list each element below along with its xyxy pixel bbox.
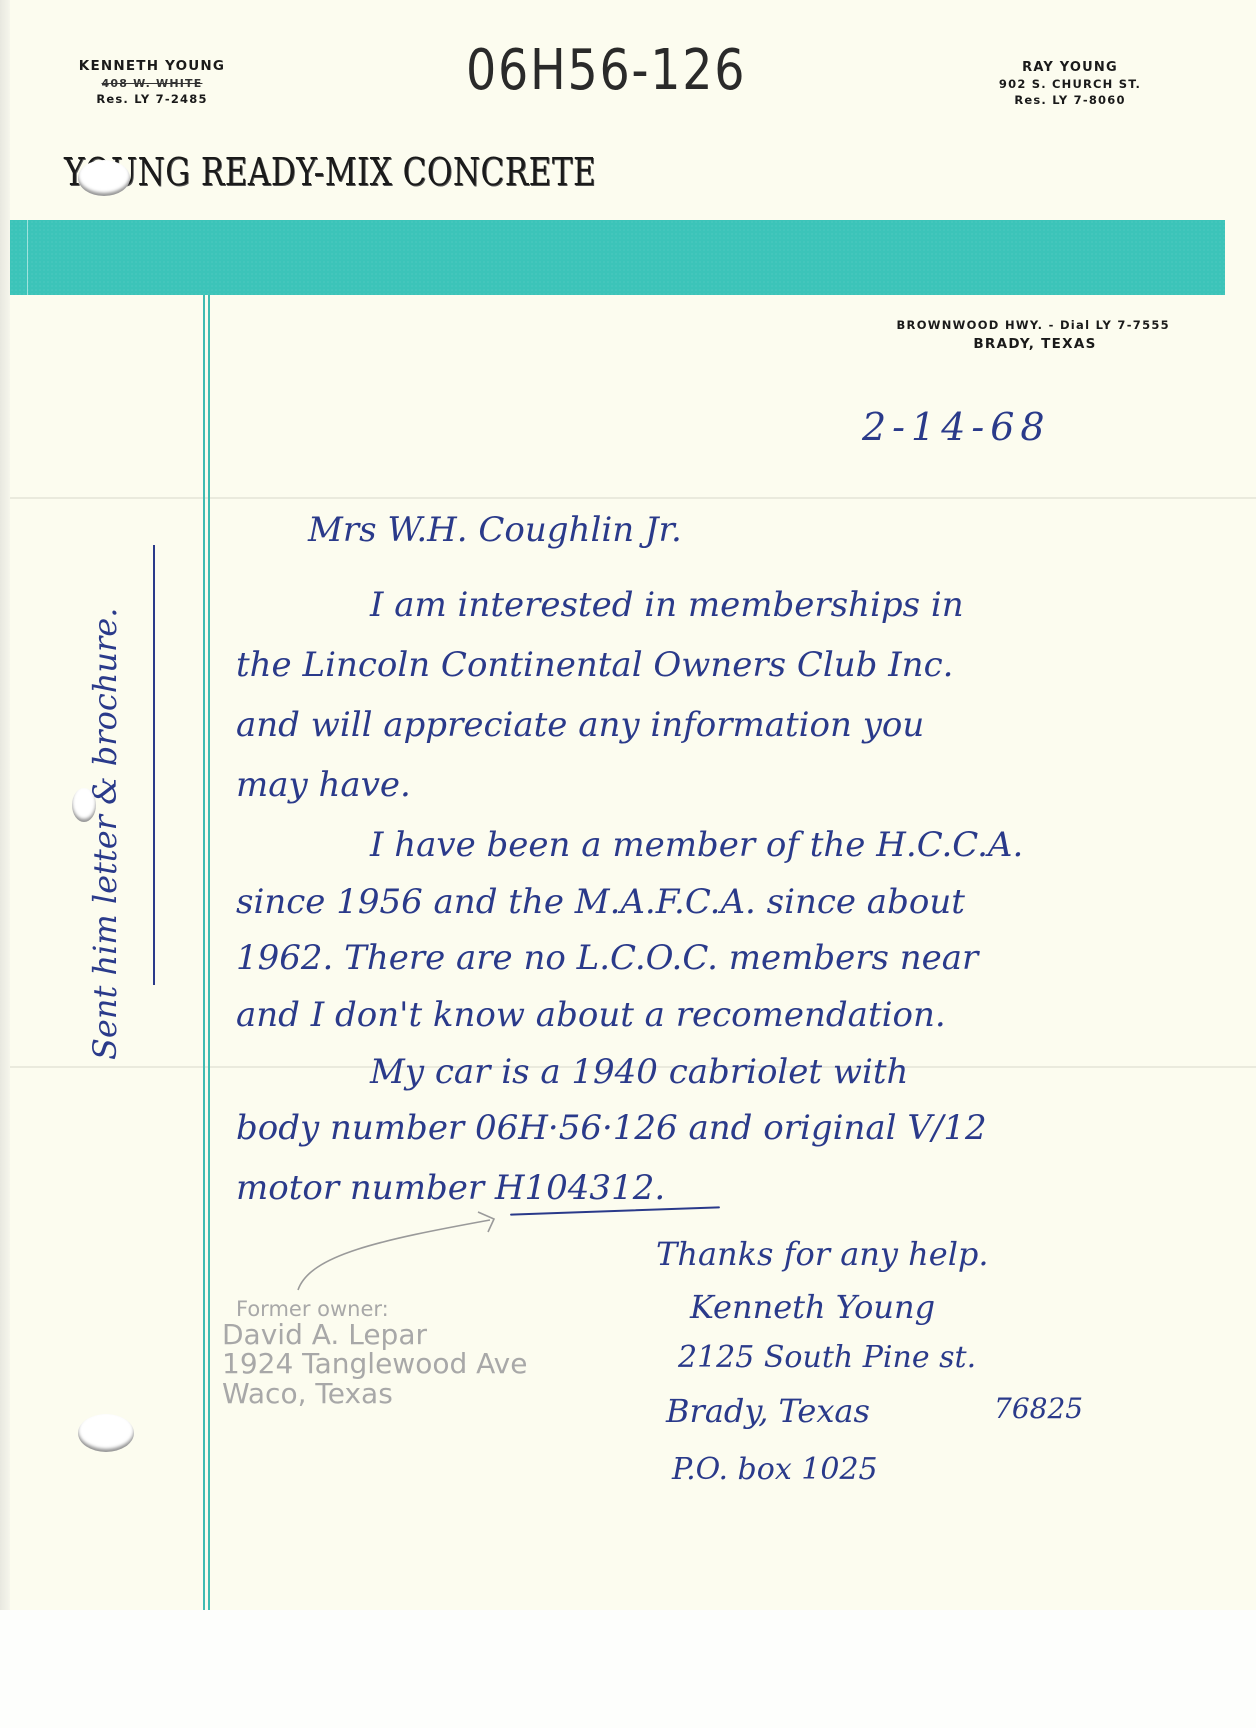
letter-line: body number 06H·56·126 and original V/12: [236, 1108, 987, 1148]
letter-closing: Thanks for any help.: [656, 1235, 989, 1273]
contact-phone: Res. LY 7-8060: [980, 93, 1160, 107]
teal-header-band: [10, 220, 1225, 295]
letter-line: I have been a member of the H.C.C.A.: [370, 825, 1023, 865]
former-owner-label: Former owner:: [222, 1298, 527, 1320]
letter-date: 2-14-68: [862, 405, 1051, 449]
margin-rule-line: [203, 295, 205, 1610]
contact-name: KENNETH YOUNG: [62, 58, 242, 74]
business-address: BROWNWOOD HWY. - Dial LY 7-7555 BRADY, T…: [840, 318, 1170, 352]
letter-line: may have.: [236, 765, 411, 805]
contact-name: RAY YOUNG: [980, 60, 1160, 75]
contact-address: 902 S. CHURCH ST.: [980, 77, 1160, 91]
scan-background: [0, 1610, 1256, 1728]
business-city: BRADY, TEXAS: [840, 336, 1170, 352]
side-note-annotation: Sent him letter & brochure.: [86, 608, 124, 1060]
letter-line: since 1956 and the M.A.F.C.A. since abou…: [236, 882, 965, 922]
letter-line: 1962. There are no L.C.O.C. members near: [236, 938, 978, 978]
punch-hole: [78, 1414, 134, 1452]
return-city: Brady, Texas: [666, 1392, 870, 1430]
letter-line: My car is a 1940 cabriolet with: [370, 1052, 908, 1092]
letter-line: and will appreciate any information you: [236, 705, 924, 745]
letter-line: I am interested in memberships in: [370, 585, 964, 625]
contact-phone: Res. LY 7-2485: [62, 92, 242, 106]
letter-signature: Kenneth Young: [690, 1288, 935, 1326]
former-owner-street: 1924 Tanglewood Ave: [222, 1349, 527, 1378]
return-street: 2125 South Pine st.: [678, 1340, 976, 1375]
paper-fold-line: [10, 497, 1256, 499]
scanned-letter-page: KENNETH YOUNG 408 W. WHITE Res. LY 7-248…: [0, 0, 1256, 1728]
business-street-phone: BROWNWOOD HWY. - Dial LY 7-7555: [840, 318, 1170, 332]
margin-rule-line: [208, 295, 210, 1610]
letterhead-right-contact: RAY YOUNG 902 S. CHURCH ST. Res. LY 7-80…: [980, 60, 1160, 107]
band-edge-line: [27, 220, 28, 295]
file-number-annotation: 06H56-126: [466, 38, 746, 103]
former-owner-name: David A. Lepar: [222, 1320, 527, 1349]
letterhead-left-contact: KENNETH YOUNG 408 W. WHITE Res. LY 7-248…: [62, 58, 242, 106]
return-zip: 76825: [994, 1392, 1083, 1425]
side-note-underline: [153, 545, 155, 985]
former-owner-city: Waco, Texas: [222, 1379, 527, 1408]
contact-address-struck: 408 W. WHITE: [62, 77, 242, 90]
letter-line: the Lincoln Continental Owners Club Inc.: [236, 645, 953, 685]
return-po-box: P.O. box 1025: [672, 1452, 878, 1487]
letter-salutation: Mrs W.H. Coughlin Jr.: [308, 510, 682, 550]
letter-line: and I don't know about a recomendation.: [236, 995, 946, 1035]
company-name: YOUNG READY-MIX CONCRETE: [64, 150, 596, 194]
paper-left-edge: [0, 0, 10, 1610]
former-owner-note: Former owner: David A. Lepar 1924 Tangle…: [222, 1298, 527, 1408]
letter-line: motor number H104312.: [236, 1168, 665, 1208]
punch-hole: [78, 160, 130, 196]
punch-hole: [72, 788, 96, 822]
